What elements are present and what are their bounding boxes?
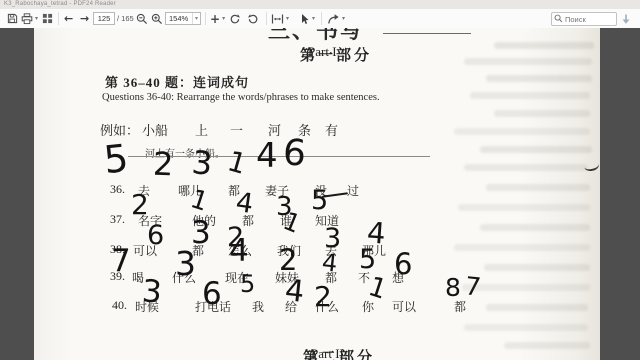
handwritten-digit: 5 xyxy=(311,187,328,214)
handwritten-digit: 3 xyxy=(175,247,196,280)
print-icon xyxy=(21,13,33,25)
pdf24-reader-window: K3_Rabochaya_tetrad - PDF24 Reader ▾ ← →… xyxy=(0,0,640,360)
question-number: 36. xyxy=(110,182,125,197)
fit-width-button[interactable]: ▾ xyxy=(271,12,289,25)
toolbar-separator xyxy=(266,12,267,25)
bleedthrough-mark xyxy=(486,184,590,191)
rotate-right-button[interactable] xyxy=(247,12,259,25)
fit-width-dropdown-caret[interactable]: ▾ xyxy=(286,16,289,22)
toolbar-separator xyxy=(58,12,59,25)
share-dropdown-caret[interactable]: ▾ xyxy=(342,16,345,22)
bleedthrough-mark xyxy=(458,204,590,211)
print-button[interactable]: ▾ xyxy=(21,12,38,25)
cursor-tool-button[interactable]: ▾ xyxy=(299,12,315,25)
bleedthrough-mark xyxy=(464,164,588,171)
part1-heading-en: Part I xyxy=(308,44,337,60)
toolbar: ▾ ← → / 165 154% ▾ + ▾ xyxy=(0,9,640,29)
arrow-left-icon: ← xyxy=(64,13,73,24)
handwritten-digit: 4 xyxy=(256,139,278,173)
part2-heading-en: Part II xyxy=(311,346,344,360)
window-title: K3_Rabochaya_tetrad - PDF24 Reader xyxy=(4,1,116,7)
cursor-dropdown-caret[interactable]: ▾ xyxy=(312,16,315,22)
handwritten-digit: 3 xyxy=(190,146,214,180)
bleedthrough-mark xyxy=(454,244,590,251)
bleedthrough-mark xyxy=(462,284,590,291)
handwritten-digit: 6 xyxy=(202,279,222,310)
search-icon xyxy=(554,10,563,28)
bleedthrough-mark xyxy=(484,264,590,271)
save-button[interactable] xyxy=(7,12,18,25)
zoom-in-button[interactable] xyxy=(151,12,163,25)
add-tools-button[interactable]: + ▾ xyxy=(210,12,225,25)
bleedthrough-mark xyxy=(480,224,590,231)
handwritten-digit: 5 xyxy=(102,139,130,179)
share-icon xyxy=(327,13,340,25)
zoom-out-button[interactable] xyxy=(136,12,148,25)
rotate-left-button[interactable] xyxy=(229,12,241,25)
cut-off-rule-line xyxy=(383,33,471,34)
bleedthrough-mark xyxy=(494,42,594,49)
bleedthrough-mark xyxy=(486,304,588,311)
search-box[interactable] xyxy=(551,12,617,26)
rotate-left-icon xyxy=(229,13,241,25)
zoom-in-icon xyxy=(151,13,163,25)
add-tools-dropdown-caret[interactable]: ▾ xyxy=(222,16,225,22)
thumbnails-button[interactable] xyxy=(42,12,53,25)
print-dropdown-caret[interactable]: ▾ xyxy=(35,16,38,22)
bleedthrough-mark xyxy=(454,128,590,135)
handwritten-digit: 8 xyxy=(445,275,461,300)
fit-width-icon xyxy=(271,13,284,25)
task-instruction-en: Questions 36-40: Rearrange the words/phr… xyxy=(102,92,380,103)
zoom-level-value: 154% xyxy=(166,14,192,23)
page-count-label: / 165 xyxy=(117,14,134,23)
bleedthrough-mark xyxy=(486,75,592,82)
question-word: 可以 xyxy=(392,298,416,315)
arrow-right-icon: → xyxy=(80,13,89,24)
chevron-down-icon: ▾ xyxy=(192,13,200,24)
example-word: 一 xyxy=(230,120,243,139)
handwritten-digit: 7 xyxy=(111,246,131,277)
search-input[interactable] xyxy=(563,15,614,24)
share-button[interactable]: ▾ xyxy=(327,12,345,25)
thumbnails-icon xyxy=(42,13,53,24)
document-viewport[interactable]: 三、书写 第一部分Part I 第 36–40 题：连词成句 Questions… xyxy=(0,28,640,360)
cursor-icon xyxy=(299,13,310,25)
handwritten-digit: 6 xyxy=(282,135,307,173)
collapse-toolbar-button[interactable] xyxy=(620,12,632,25)
toolbar-separator xyxy=(321,12,322,25)
question-number: 40. xyxy=(112,298,127,313)
handwritten-digit: 2 xyxy=(131,191,149,219)
bleedthrough-mark xyxy=(504,342,590,349)
zoom-level-select[interactable]: 154% ▾ xyxy=(165,12,201,25)
bleedthrough-mark xyxy=(464,58,592,65)
handwritten-digit: 1 xyxy=(224,147,249,179)
toolbar-separator xyxy=(205,12,206,25)
bleedthrough-mark xyxy=(480,146,592,153)
question-word: 我 xyxy=(252,298,264,315)
prev-page-button[interactable]: ← xyxy=(64,12,73,25)
bleedthrough-mark xyxy=(464,324,588,331)
handwritten-digit: 6 xyxy=(147,222,164,249)
task-title-zh: 第 36–40 题：连词成句 xyxy=(105,72,249,91)
pdf-page: 三、书写 第一部分Part I 第 36–40 题：连词成句 Questions… xyxy=(34,28,600,360)
handwritten-digit: 3 xyxy=(141,276,163,308)
save-icon xyxy=(7,13,18,24)
handwritten-digit: 2 xyxy=(314,283,332,311)
page-number-input[interactable] xyxy=(93,12,115,25)
handwritten-digit: 2 xyxy=(279,246,297,275)
next-page-button[interactable]: → xyxy=(80,12,89,25)
example-word: 有 xyxy=(325,120,338,139)
handwritten-digit: 5 xyxy=(240,272,255,296)
handwritten-digit: 4 xyxy=(321,250,339,275)
handwritten-digit: 6 xyxy=(394,250,412,279)
bleedthrough-mark xyxy=(494,110,590,117)
zoom-out-icon xyxy=(136,13,148,25)
collapse-arrow-icon xyxy=(620,13,632,25)
handwritten-digit: 4 xyxy=(283,276,305,308)
example-word: 上 xyxy=(195,120,208,139)
question-word: 过 xyxy=(347,182,359,199)
question-number: 37. xyxy=(110,212,125,227)
cut-off-section-heading: 三、书写 xyxy=(268,28,364,45)
bleedthrough-mark xyxy=(470,92,590,99)
rotate-right-icon xyxy=(247,13,259,25)
plus-icon: + xyxy=(210,13,220,25)
handwritten-digit: 4 xyxy=(229,236,249,267)
handwritten-digit: 5 xyxy=(359,246,376,273)
example-word: 小船 xyxy=(142,120,168,139)
handwritten-digit: 2 xyxy=(152,148,173,181)
